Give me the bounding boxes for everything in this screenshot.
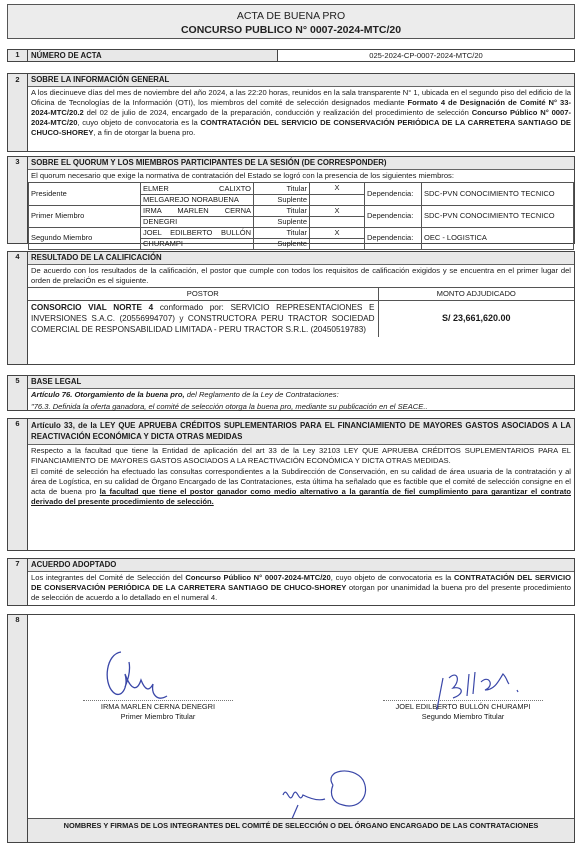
document-title: ACTA DE BUENA PRO [8,9,574,23]
suplente-mark [310,238,365,249]
col-postor: POSTOR [28,288,378,301]
articulo-33-paragraph-2: El comité de selección ha efectuado las … [28,467,574,508]
suplente-label: Suplente [254,216,310,227]
informacion-general-text: A los diecinueve días del mes de noviemb… [28,87,574,139]
section-number: 6 [8,419,28,550]
signatory-name: IRMA MARLEN CERNA DENEGRI [83,702,233,712]
titular-mark: X [310,227,365,238]
suplente-label: Suplente [254,194,310,205]
section-acuerdo-adoptado: 7 ACUERDO ADOPTADO Los integrantes del C… [7,558,575,606]
col-monto: MONTO ADJUDICADO [378,288,574,301]
section-number: 1 [8,50,28,61]
member-name-line-2: CHURAMPI [141,238,254,249]
quorum-intro: El quorum necesario que exige la normati… [28,170,574,183]
dependencia-label: Dependencia: [365,183,422,205]
titular-mark: X [310,205,365,216]
member-name-line-2: DENEGRI [141,216,254,227]
signature-icon [101,642,181,702]
table-row: Segundo MiembroJOEL EDILBERTO BULLÓNTitu… [29,227,574,238]
base-legal-quote: "76.3. Definida la oferta ganadora, el c… [28,401,574,413]
calificacion-intro: De acuerdo con los resultados de la cali… [28,265,574,287]
document-title-box: ACTA DE BUENA PRO CONCURSO PUBLICO N° 00… [7,4,575,39]
signatory-role: Primer Miembro Titular [83,712,233,722]
section-heading: BASE LEGAL [28,376,574,389]
dependencia-label: Dependencia: [365,227,422,249]
section-firmas: 8 IRMA MARLEN CERNA DENEGRI Primer Miemb… [7,614,575,843]
section-number: 5 [8,376,28,410]
signatory-role: Segundo Miembro Titular [383,712,543,722]
base-legal-article: Artículo 76. Otorgamiento de la buena pr… [28,389,574,401]
firmas-footer-label: NOMBRES Y FIRMAS DE LOS INTEGRANTES DEL … [28,818,574,842]
section-number: 8 [8,615,28,842]
table-row: PresidenteELMER CALIXTOTitularXDependenc… [29,183,574,194]
signature-icon [413,660,523,710]
member-name-line-1: JOEL EDILBERTO BULLÓN [141,227,254,238]
section-base-legal: 5 BASE LEGAL Artículo 76. Otorgamiento d… [7,375,575,411]
titular-label: Titular [254,205,310,216]
section-heading: SOBRE EL QUORUM Y LOS MIEMBROS PARTICIPA… [28,157,574,170]
section-heading: RESULTADO DE LA CALIFICACIÓN [28,252,574,265]
section-resultado-calificacion: 4 RESULTADO DE LA CALIFICACIÓN De acuerd… [7,251,575,365]
section-number: 7 [8,559,28,605]
suplente-mark [310,194,365,205]
member-role: Segundo Miembro [29,227,141,249]
table-row: CONSORCIO VIAL NORTE 4 conformado por: S… [28,301,574,337]
member-name-line-1: IRMA MARLEN CERNA [141,205,254,216]
signature-block: JOEL EDILBERTO BULLÓN CHURAMPI Segundo M… [383,700,543,722]
section-number: 2 [8,74,28,151]
titular-label: Titular [254,227,310,238]
section-articulo-33: 6 Artículo 33, de la LEY QUE APRUEBA CRÉ… [7,418,575,551]
numero-acta-value: 025-2024-CP-0007-2024-MTC/20 [278,50,574,61]
member-name-line-1: ELMER CALIXTO [141,183,254,194]
section-numero-acta: 1 NÚMERO DE ACTA 025-2024-CP-0007-2024-M… [7,49,575,62]
articulo-33-paragraph-1: Respecto a la facultad que tiene la Enti… [28,445,574,467]
member-dependencia: OEC - LOGISTICA [422,227,574,249]
acuerdo-text: Los integrantes del Comité de Selección … [28,572,574,604]
dependencia-label: Dependencia: [365,205,422,227]
signature-icon [263,765,383,825]
suplente-label: Suplente [254,238,310,249]
section-heading: SOBRE LA INFORMACIÓN GENERAL [28,74,574,87]
titular-mark: X [310,183,365,194]
titular-label: Titular [254,183,310,194]
document-subtitle: CONCURSO PUBLICO N° 0007-2024-MTC/20 [8,23,574,37]
member-dependencia: SDC-PVN CONOCIMIENTO TECNICO [422,183,574,205]
member-name-line-2: MELGAREJO NORABUENA [141,194,254,205]
signature-block: IRMA MARLEN CERNA DENEGRI Primer Miembro… [83,700,233,722]
numero-acta-label: NÚMERO DE ACTA [28,50,278,61]
section-number: 3 [8,157,28,243]
member-role: Primer Miembro [29,205,141,227]
section-number: 4 [8,252,28,364]
section-heading: Artículo 33, de la LEY QUE APRUEBA CRÉDI… [28,419,574,445]
members-table: PresidenteELMER CALIXTOTitularXDependenc… [28,183,574,250]
section-quorum: 3 SOBRE EL QUORUM Y LOS MIEMBROS PARTICI… [7,156,575,244]
postor-cell: CONSORCIO VIAL NORTE 4 conformado por: S… [28,301,378,337]
monto-adjudicado: S/ 23,661,620.00 [378,301,574,337]
member-dependencia: SDC-PVN CONOCIMIENTO TECNICO [422,205,574,227]
postor-table: POSTOR MONTO ADJUDICADO CONSORCIO VIAL N… [28,287,574,337]
member-role: Presidente [29,183,141,205]
section-heading: ACUERDO ADOPTADO [28,559,574,572]
section-informacion-general: 2 SOBRE LA INFORMACIÓN GENERAL A los die… [7,73,575,152]
table-row: Primer MiembroIRMA MARLEN CERNATitularXD… [29,205,574,216]
suplente-mark [310,216,365,227]
